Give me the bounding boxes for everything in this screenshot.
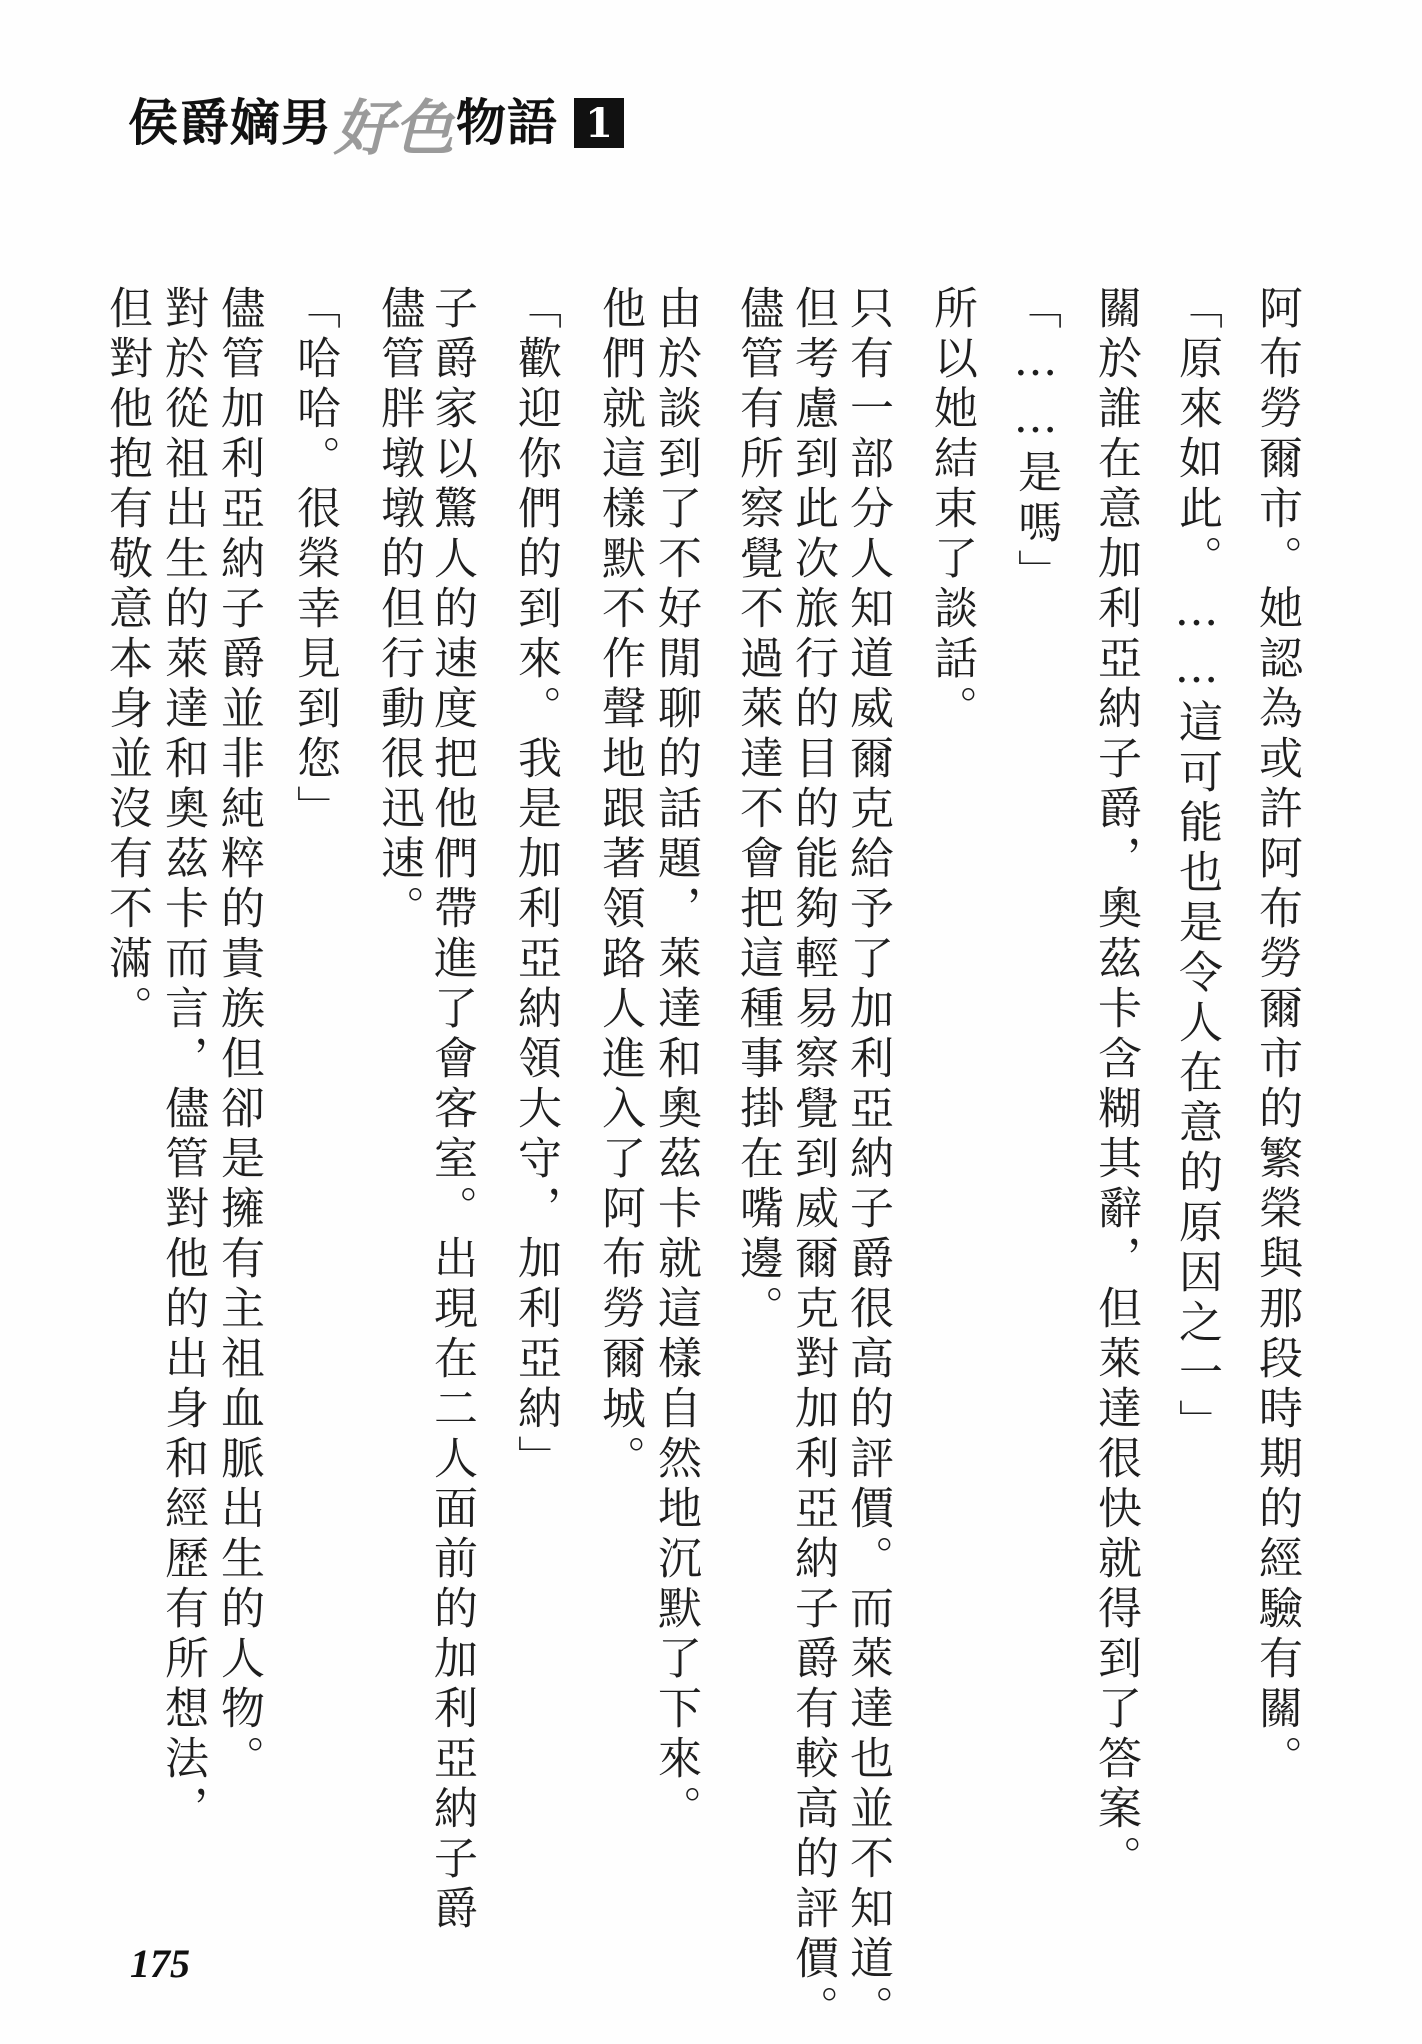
text-column: 儘管胖墩墩的但行動很迅速。 xyxy=(370,285,426,935)
text-column: 阿布勞爾市。她認為或許阿布勞爾市的繁榮與那段時期的經驗有關。 xyxy=(1248,285,1304,1785)
book-title-accent: 好色 xyxy=(334,99,454,159)
text-column: 對於從祖出生的萊達和奧茲卡而言，儘管對他的出身和經歷有所想法， xyxy=(154,285,210,1835)
page-number: 175 xyxy=(130,1940,190,1987)
text-column: 「哈哈。很榮幸見到您」 xyxy=(286,285,342,835)
text-column: 關於誰在意加利亞納子爵，奧茲卡含糊其辭，但萊達很快就得到了答案。 xyxy=(1087,285,1143,1885)
text-column: 但對他抱有敬意本身並沒有不滿。 xyxy=(98,285,154,1035)
text-column: 由於談到了不好閒聊的話題，萊達和奧茲卡就這樣自然地沉默了下來。 xyxy=(647,285,703,1835)
text-column: 他們就這樣默不作聲地跟著領路人進入了阿布勞爾城。 xyxy=(591,285,647,1485)
text-column: 所以她結束了談話。 xyxy=(923,285,979,735)
text-column: 「……是嗎」 xyxy=(1007,285,1063,599)
text-column: 儘管加利亞納子爵並非純粹的貴族但卻是擁有主祖血脈出生的人物。 xyxy=(210,285,266,1785)
volume-badge: 1 xyxy=(574,98,624,148)
running-header: 侯爵嫡男 好色 物語 1 xyxy=(128,88,624,158)
text-column: 「原來如此。……這可能也是令人在意的原因之一」 xyxy=(1168,285,1224,1449)
book-title-prefix: 侯爵嫡男 xyxy=(128,98,332,148)
book-page: 侯爵嫡男 好色 物語 1 阿布勞爾市。她認為或許阿布勞爾市的繁榮與那段時期的經驗… xyxy=(0,0,1422,2044)
text-column: 但考慮到此次旅行的目的能夠輕易察覺到威爾克對加利亞納子爵有較高的評價。 xyxy=(784,285,840,2035)
book-title-suffix: 物語 xyxy=(456,98,558,148)
text-column: 儘管有所察覺不過萊達不會把這種事掛在嘴邊。 xyxy=(729,285,785,1335)
text-column: 只有一部分人知道威爾克給予了加利亞納子爵很高的評價。而萊達也並不知道。 xyxy=(839,285,895,2035)
text-column: 「歡迎你們的到來。我是加利亞納領大守，加利亞納」 xyxy=(507,285,563,1485)
text-column: 子爵家以驚人的速度把他們帶進了會客室。出現在二人面前的加利亞納子爵 xyxy=(423,285,479,1935)
